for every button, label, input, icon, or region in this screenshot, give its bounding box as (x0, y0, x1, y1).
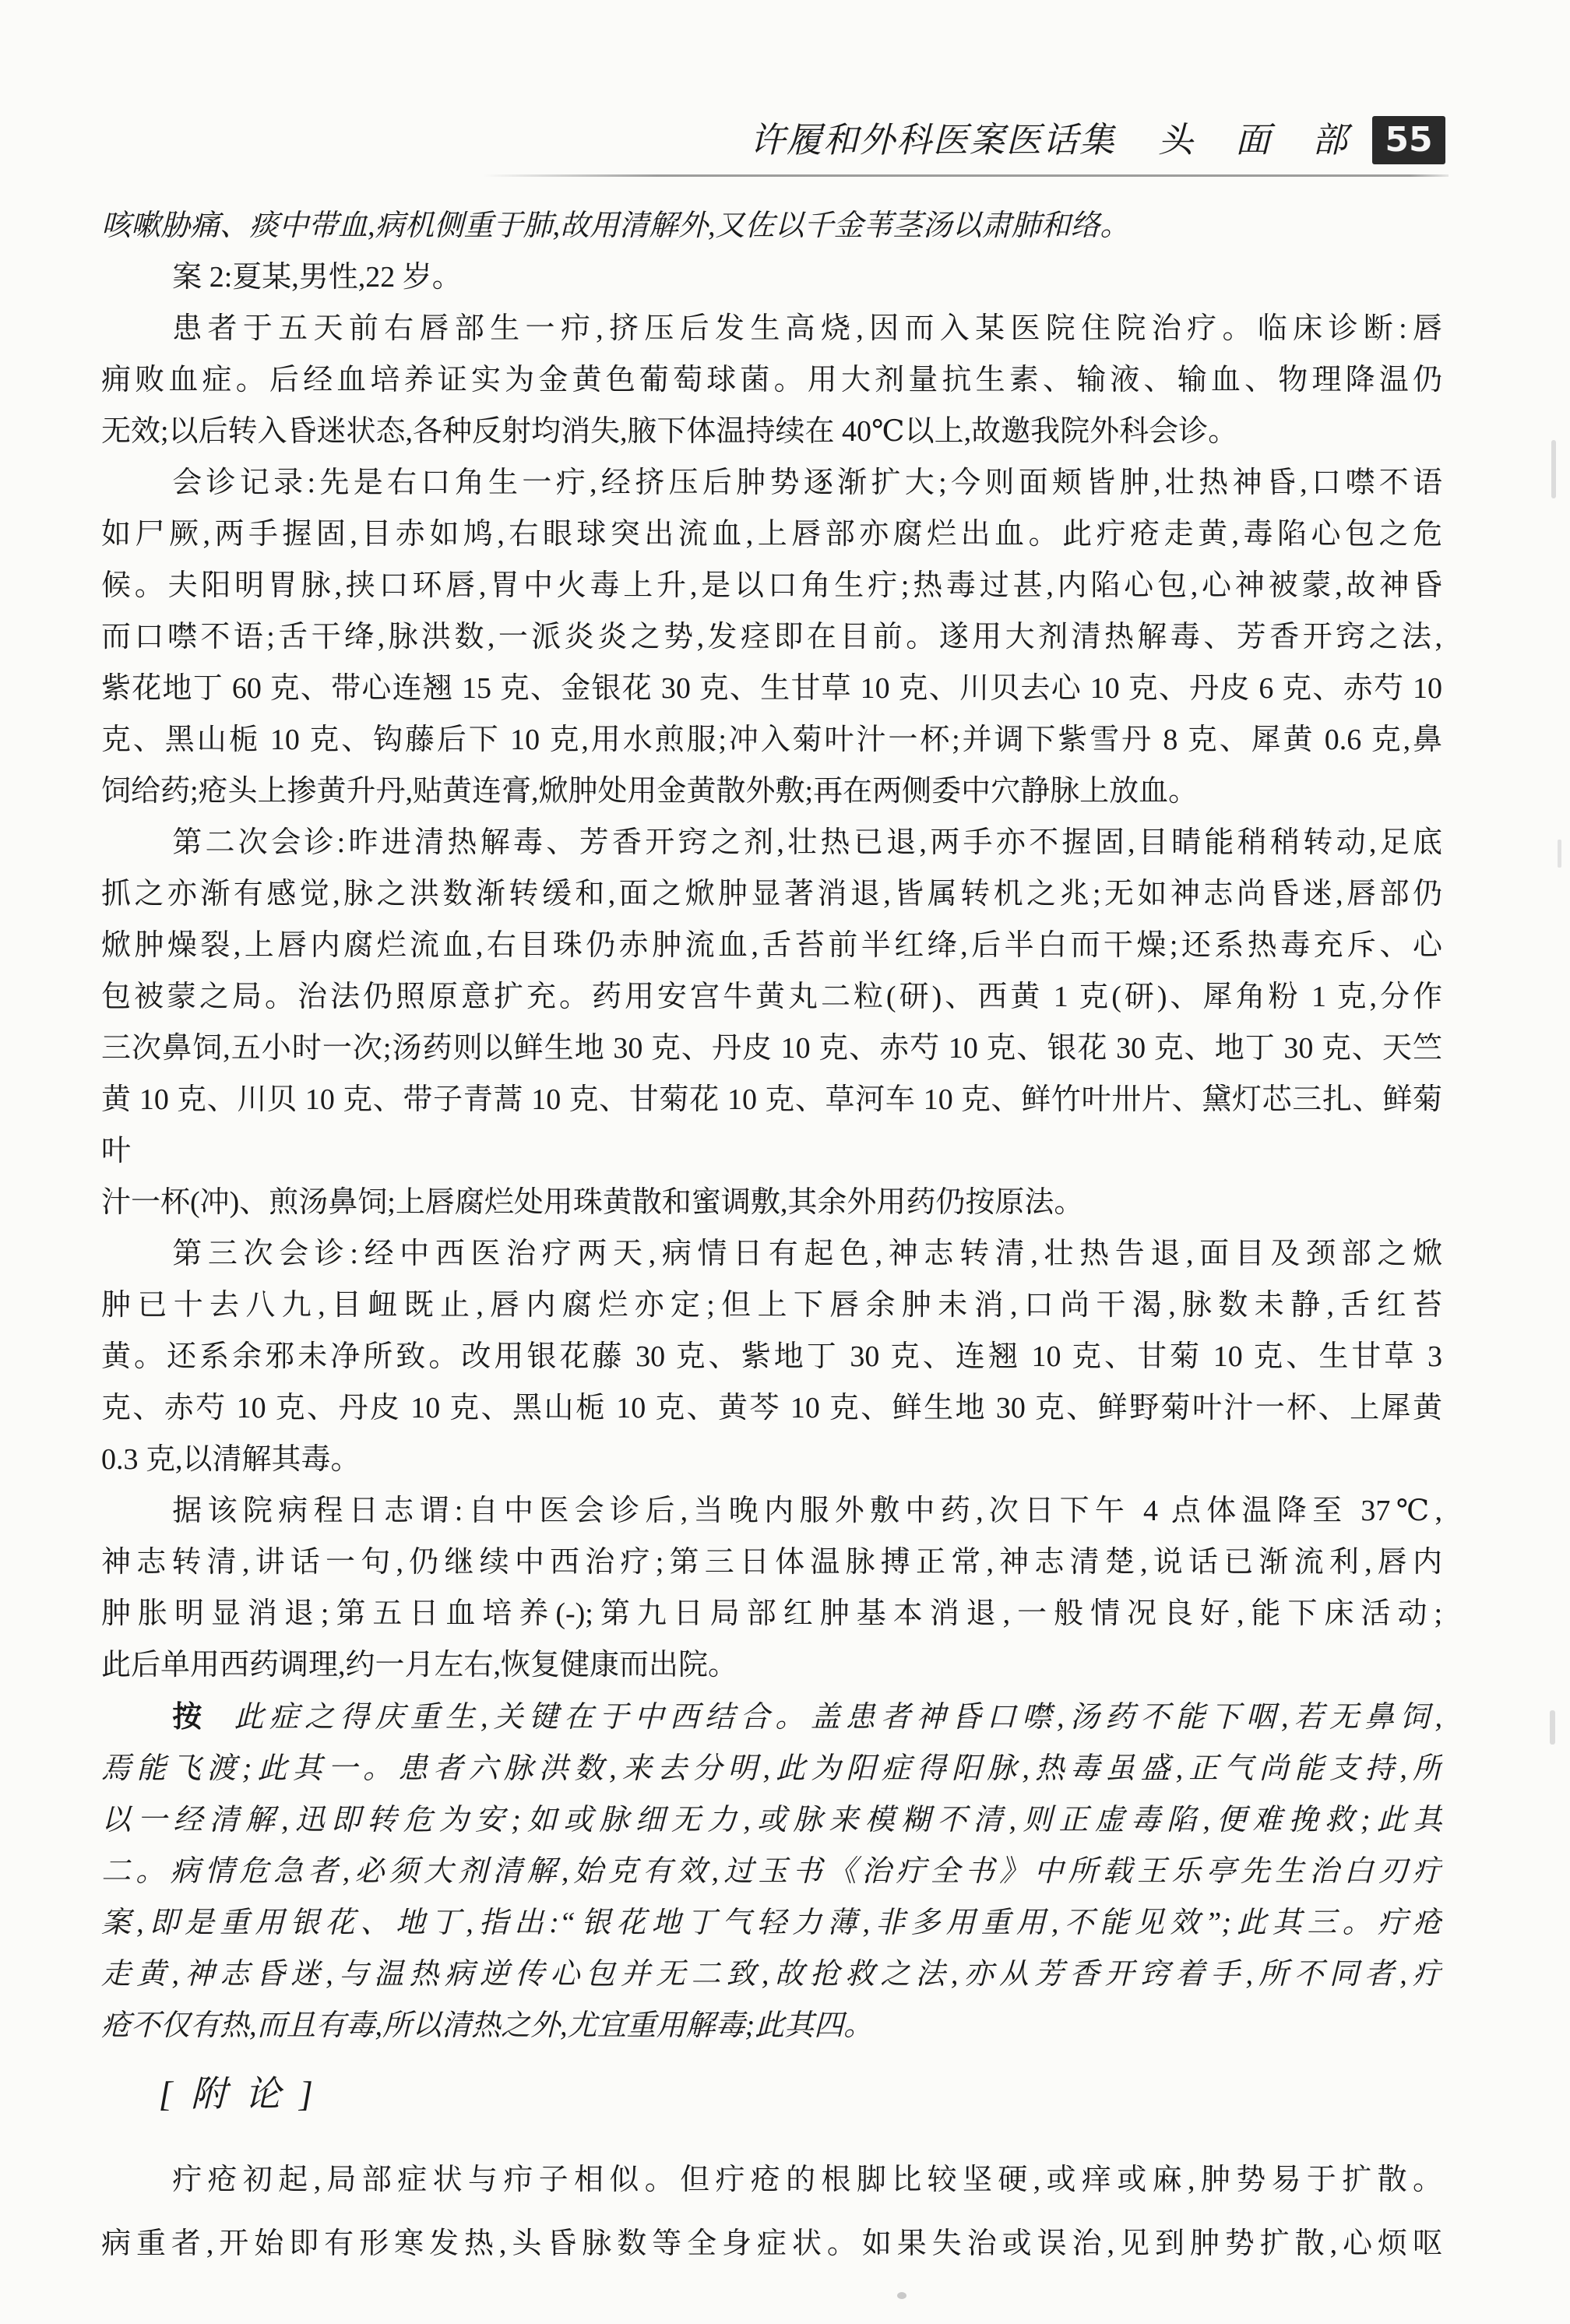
text-line: 抓之亦渐有感觉,脉之洪数渐转缓和,面之焮肿显著消退,皆属转机之兆;无如神志尚昏迷… (101, 868, 1442, 920)
section-char-part: 部 (1312, 115, 1347, 165)
text-line: 0.3 克,以清解其毒。 (101, 1434, 1442, 1485)
text-line: 按此症之得庆重生,关键在于中西结合。盖患者神昏口噤,汤药不能下咽,若无鼻饲, (101, 1691, 1442, 1743)
text-line: 肿胀明显消退;第五日血培养(-);第九日局部红肿基本消退,一般情况良好,能下床活… (101, 1588, 1442, 1639)
text-line: 此后单用西药调理,约一月左右,恢复健康而出院。 (101, 1639, 1442, 1691)
text-line: 焉能飞渡;此其一。患者六脉洪数,来去分明,此为阳症得阳脉,热毒虽盛,正气尚能支持… (101, 1743, 1442, 1794)
text-line: 包被蒙之局。治法仍照原意扩充。药用安宫牛黄丸二粒(研)、西黄 1 克(研)、犀角… (101, 971, 1442, 1023)
text-line: 无效;以后转入昏迷状态,各种反射均消失,腋下体温持续在 40℃以上,故邀我院外科… (101, 406, 1442, 457)
scan-artifact (897, 2292, 906, 2299)
text-line: 神志转清,讲话一句,仍继续中西治疗;第三日体温脉搏正常,神志清楚,说话已渐流利,… (101, 1537, 1442, 1588)
book-page: 许履和外科医案医话集 头 面 部 55 咳嗽胁痛、痰中带血,病机侧重于肺,故用清… (0, 0, 1570, 2324)
text-line: 走黄,神志昏迷,与温热病逆传心包并无二致,故抢救之法,亦从芳香开窍着手,所不同者… (101, 1949, 1442, 2000)
text-line: 二。病情危急者,必须大剂清解,始克有效,过玉书《治疔全书》中所载王乐亭先生治白刃… (101, 1846, 1442, 1897)
page-header: 许履和外科医案医话集 头 面 部 55 (750, 115, 1445, 165)
text-line: 而口噤不语;舌干绛,脉洪数,一派炎炎之势,发痉即在目前。遂用大剂清热解毒、芳香开… (101, 611, 1442, 663)
scan-artifact (1550, 1710, 1555, 1745)
text-line: 据该院病程日志谓:自中医会诊后,当晚内服外敷中药,次日下午 4 点体温降至 37… (101, 1485, 1442, 1537)
scan-artifact (1551, 440, 1556, 498)
text-line: 焮肿燥裂,上唇内腐烂流血,右目珠仍赤肿流血,舌苔前半红绛,后半白而干燥;还系热毒… (101, 920, 1442, 971)
commentary-lead-char: 按 (172, 1699, 207, 1734)
page-number: 55 (1385, 115, 1432, 165)
text-line: 会诊记录:先是右口角生一疔,经挤压后肿势逐渐扩大;今则面颊皆肿,壮热神昏,口噤不… (101, 457, 1442, 509)
text-line: 三次鼻饲,五小时一次;汤药则以鲜生地 30 克、丹皮 10 克、赤芍 10 克、… (101, 1023, 1442, 1074)
text-line: 克、黑山栀 10 克、钩藤后下 10 克,用水煎服;冲入菊叶汁一杯;并调下紫雪丹… (101, 714, 1442, 766)
section-char-face: 面 (1235, 115, 1270, 165)
text-line: 咳嗽胁痛、痰中带血,病机侧重于肺,故用清解外,又佐以千金苇茎汤以肃肺和络。 (101, 200, 1442, 252)
text-line: 肿已十去八九,目衄既止,唇内腐烂亦定;但上下唇余肿未消,口尚干渴,脉数未静,舌红… (101, 1280, 1442, 1331)
scan-artifact (1558, 840, 1561, 868)
text-line: 黄。还系余邪未净所致。改用银花藤 30 克、紫地丁 30 克、连翘 10 克、甘… (101, 1331, 1442, 1382)
text-line: 第二次会诊:昨进清热解毒、芳香开窍之剂,壮热已退,两手亦不握固,目睛能稍稍转动,… (101, 817, 1442, 868)
text-line: 疮不仅有热,而且有毒,所以清热之外,尤宜重用解毒;此其四。 (101, 2000, 1442, 2051)
text-line: 案 2:夏某,男性,22 岁。 (101, 252, 1442, 303)
text-line: 第三次会诊:经中西医治疗两天,病情日有起色,神志转清,壮热告退,面目及颈部之焮 (101, 1228, 1442, 1280)
section-char-head: 头 (1158, 115, 1193, 165)
page-number-badge: 55 (1372, 116, 1445, 164)
appendix-section-heading: [ 附 论 ] (101, 2069, 1442, 2120)
header-rule (483, 174, 1449, 177)
text-line: 患者于五天前右唇部生一疖,挤压后发生高烧,因而入某医院住院治疗。临床诊断:唇 (101, 303, 1442, 354)
text-line: 痈败血症。后经血培养证实为金黄色葡萄球菌。用大剂量抗生素、输液、输血、物理降温仍 (101, 354, 1442, 406)
text-line: 疔疮初起,局部症状与疖子相似。但疔疮的根脚比较坚硬,或痒或麻,肿势易于扩散。 (101, 2148, 1442, 2212)
text-line: 病重者,开始即有形寒发热,头昏脉数等全身症状。如果失治或误治,见到肿势扩散,心烦… (101, 2212, 1442, 2276)
text-line: 黄 10 克、川贝 10 克、带子青蒿 10 克、甘菊花 10 克、草河车 10… (101, 1074, 1442, 1177)
page-body: 咳嗽胁痛、痰中带血,病机侧重于肺,故用清解外,又佐以千金苇茎汤以肃肺和络。案 2… (101, 200, 1442, 2276)
text-line: 以一经清解,迅即转危为安;如或脉细无力,或脉来模糊不清,则正虚毒陷,便难挽救;此… (101, 1794, 1442, 1846)
text-line: 克、赤芍 10 克、丹皮 10 克、黑山栀 10 克、黄芩 10 克、鲜生地 3… (101, 1382, 1442, 1434)
text-line: 紫花地丁 60 克、带心连翘 15 克、金银花 30 克、生甘草 10 克、川贝… (101, 663, 1442, 714)
text-line: 案,即是重用银花、地丁,指出:“银花地丁气轻力薄,非多用重用,不能见效”;此其三… (101, 1897, 1442, 1949)
text-line: 候。夫阳明胃脉,挟口环唇,胃中火毒上升,是以口角生疔;热毒过甚,内陷心包,心神被… (101, 560, 1442, 611)
book-title: 许履和外科医案医话集 (750, 115, 1116, 165)
text-line: 如尸厥,两手握固,目赤如鸠,右眼球突出流血,上唇部亦腐烂出血。此疔疮走黄,毒陷心… (101, 509, 1442, 560)
text-line: 汁一杯(冲)、煎汤鼻饲;上唇腐烂处用珠黄散和蜜调敷,其余外用药仍按原法。 (101, 1177, 1442, 1228)
text-line: 饲给药;疮头上掺黄升丹,贴黄连膏,焮肿处用金黄散外敷;再在两侧委中穴静脉上放血。 (101, 766, 1442, 817)
